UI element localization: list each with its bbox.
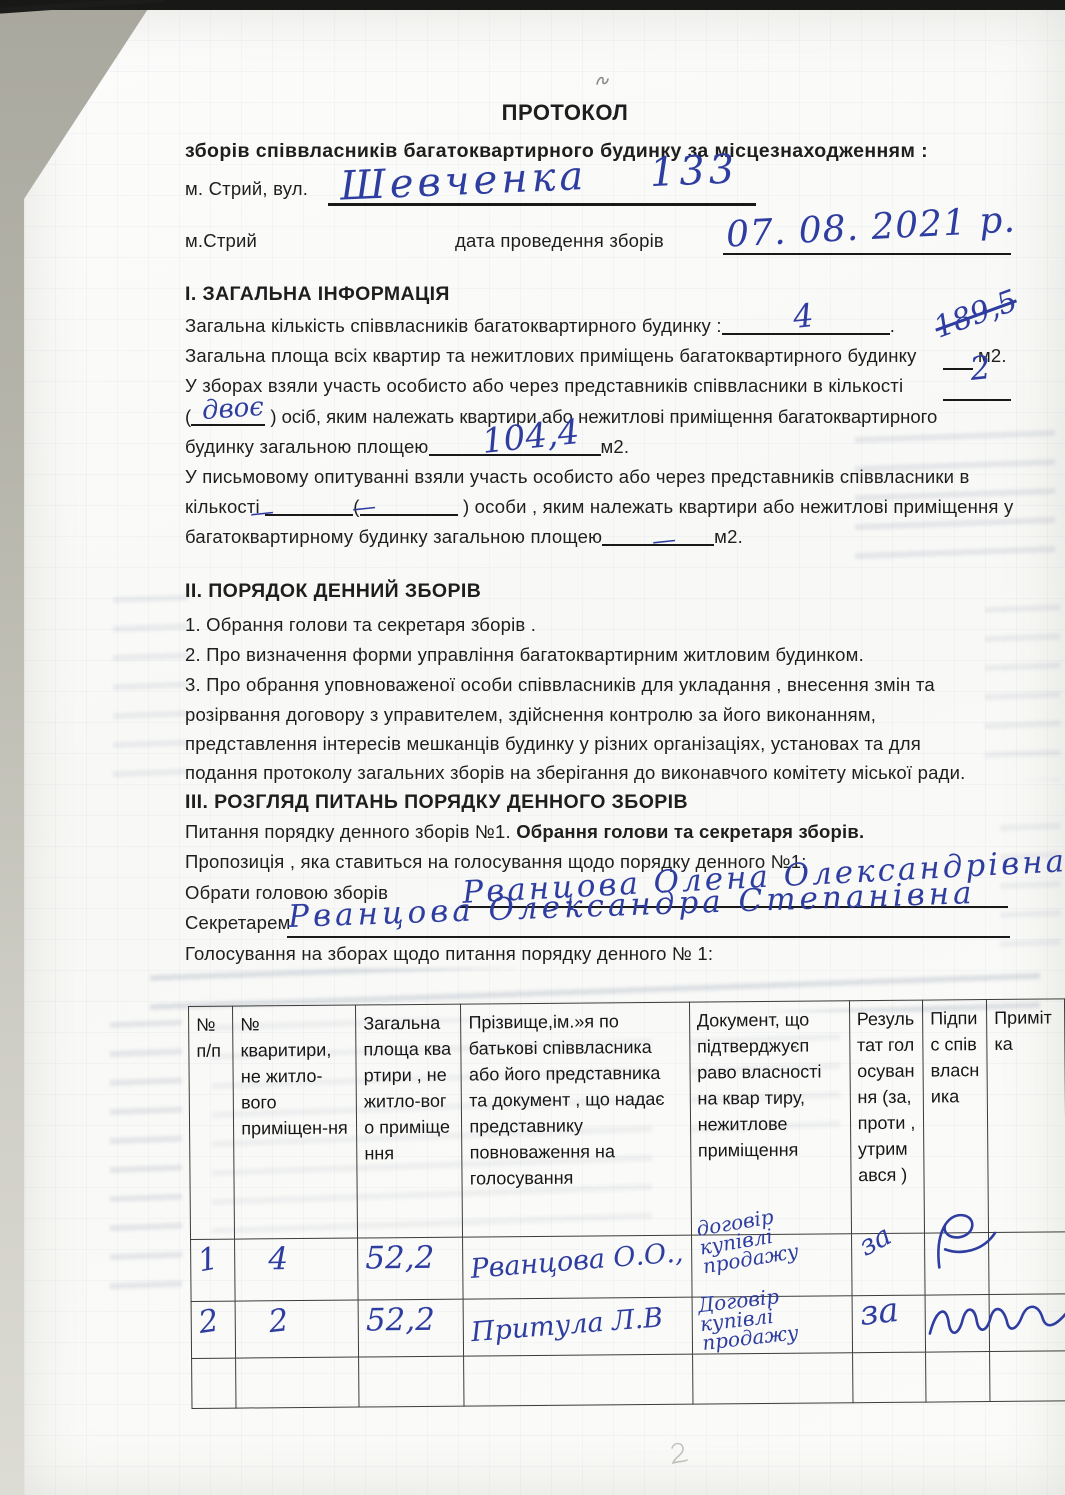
total-owners-line: Загальна кількість співвласників багаток… — [185, 315, 895, 337]
date-label: дата проведення зборів — [455, 230, 664, 252]
written-poll-area-label: багатоквартирному будинку загальною площ… — [185, 526, 602, 547]
written-poll-line1: У письмовому опитуванні взяли участь осо… — [185, 466, 970, 488]
row1-owner-name: Рванцова О.О., — [470, 1239, 685, 1283]
col-header-owner-name: Прізвище,ім.»я по батькові співвласника … — [461, 1002, 691, 1237]
handwritten-participants-count: 2 — [968, 351, 992, 385]
written-poll-area-unit: м2. — [714, 526, 743, 547]
document-title: ПРОТОКОЛ — [185, 100, 945, 126]
agenda-item-3-line3: представлення інтересів мешканців будинк… — [185, 733, 921, 755]
row2-area: 52,2 — [366, 1305, 435, 1337]
agenda-item-3-line2: розірвання договору з управителем, здійс… — [185, 704, 876, 726]
handwritten-total-area: 189,5 — [930, 286, 1021, 344]
secretary-label: Секретарем — [185, 912, 291, 934]
row2-vote: за — [858, 1293, 900, 1331]
handwritten-participants-words: двоє — [201, 394, 264, 424]
row2-ownership-doc: Договір купівлі продажу — [697, 1280, 848, 1353]
pencil-mark — [668, 1440, 690, 1466]
agenda-item-3-line1: 3. Про обрання уповноваженої особи співв… — [185, 674, 935, 696]
address-label: м. Стрий, вул. — [185, 178, 308, 200]
written-poll-rest: ) особи , яким належать квартири або неж… — [463, 496, 1014, 517]
scanned-protocol-page: ПРОТОКОЛ зборів співвласників багатоквар… — [0, 0, 1065, 1495]
handwritten-participants-area: 104,4 — [480, 415, 580, 459]
table-header-row: № п/п № кваритири, не житло-вого приміще… — [189, 999, 1065, 1240]
col-header-note: Примітка — [987, 999, 1065, 1233]
document-content: ПРОТОКОЛ зборів співвласників багатоквар… — [0, 0, 1065, 1495]
participants-label: У зборах взяли участь особисто або через… — [185, 375, 903, 397]
question-line: Питання порядку денного зборів №1. Обран… — [185, 821, 864, 843]
row1-number: 1 — [196, 1243, 221, 1277]
col-header-number: № п/п — [189, 1006, 235, 1239]
secretary-underline — [287, 936, 1010, 938]
participants-rest: ) осіб, яким належать квартири або нежит… — [270, 406, 937, 427]
agenda-item-1: 1. Обрання голови та секретаря зборів . — [185, 614, 536, 636]
row2-apartment: 2 — [267, 1305, 290, 1338]
handwritten-secretary-name: Рванцова Олександра Степанівна — [288, 878, 976, 933]
table-row: 2 2 52,2 Притула Л.В Договір купівлі про… — [191, 1294, 1065, 1359]
participants-area-unit: м2. — [601, 436, 630, 457]
row2-owner-name: Притула Л.В — [470, 1304, 664, 1346]
col-header-area: Загальна площа квартири , нежитло-вого п… — [356, 1004, 463, 1238]
total-area-blank — [943, 368, 973, 370]
col-header-ownership-doc: Документ, що підтверджуєп раво власності… — [689, 1001, 851, 1235]
col-header-vote-result: Результат голосування (за, проти ,утрима… — [849, 1000, 924, 1234]
row2-number: 2 — [197, 1306, 221, 1340]
agenda-item-3-line4: подання протоколу загальних зборів на зб… — [185, 762, 965, 784]
section3-heading: ІІІ. РОЗГЛЯД ПИТАНЬ ПОРЯДКУ ДЕННОГО ЗБОР… — [185, 791, 688, 814]
row1-area: 52,2 — [365, 1243, 434, 1275]
question-label: Питання порядку денного зборів №1. — [185, 821, 511, 842]
written-poll-blank1 — [265, 498, 353, 516]
table-row: 1 4 52,2 Рванцова О.О., договір купівлі … — [191, 1232, 1065, 1302]
scan-speck — [594, 72, 610, 88]
written-poll-line2: кількості ( ) особи , яким належать квар… — [185, 496, 1013, 518]
city-label: м.Стрий — [185, 230, 257, 252]
participants-blank — [943, 399, 1011, 401]
handwritten-date: 07. 08. 2021 р. — [725, 202, 1016, 253]
handwritten-dash: — — [249, 499, 275, 525]
total-owners-label: Загальна кількість співвласників багаток… — [185, 315, 722, 336]
section1-heading: І. ЗАГАЛЬНА ІНФОРМАЦІЯ — [185, 283, 450, 306]
col-header-apartment: № кваритири, не житло-вого приміщен-ня — [233, 1005, 358, 1239]
table-empty-row — [192, 1351, 1065, 1409]
row1-apartment: 4 — [268, 1244, 288, 1275]
handwritten-total-owners: 4 — [791, 299, 815, 333]
voting-line: Голосування на зборах щодо питання поряд… — [185, 943, 713, 965]
section2-heading: ІІ. ПОРЯДОК ДЕННИЙ ЗБОРІВ — [185, 580, 481, 603]
col-header-signature: Підпис співвласника — [923, 1000, 989, 1234]
handwritten-dash: — — [651, 527, 677, 553]
total-area-label: Загальна площа всіх квартир та нежитлови… — [185, 345, 917, 367]
handwritten-dash: — — [351, 494, 377, 520]
agenda-item-2: 2. Про визначення форми управління багат… — [185, 644, 864, 666]
total-owners-period: . — [890, 315, 895, 336]
question-bold: Обрання голови та секретаря зборів. — [516, 821, 864, 842]
participants-area-label: будинку загальною площею — [185, 436, 429, 457]
voting-table: № п/п № кваритири, не житло-вого приміще… — [188, 998, 1065, 1409]
